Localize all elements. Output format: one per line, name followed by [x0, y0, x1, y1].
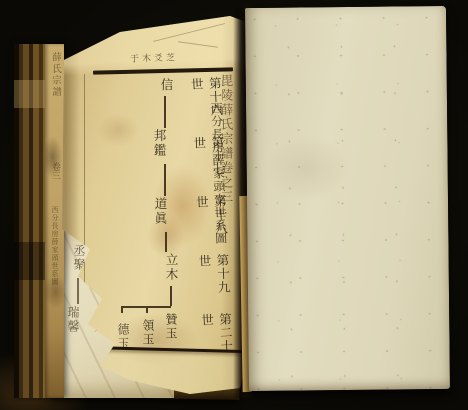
spine-label-title: 薛氏宗譜	[48, 52, 62, 148]
spine-label-subtitle: 西分長房薛家頭世系圖	[50, 206, 60, 376]
photo-genealogy-book: 丞聚 瑞馨 兆 薛氏宗譜 卷三 西分長房薛家頭世系圖 于木爻芝 毘陵薛氏宗譜卷之…	[0, 0, 468, 410]
tree-line	[164, 164, 166, 196]
generation-label-17: 第十七世	[190, 135, 228, 189]
underlay-name-lower: 瑞馨	[65, 306, 82, 334]
child-name-2: 領玉	[140, 319, 157, 347]
lineage-name-gen19: 立木	[162, 253, 180, 282]
tree-line	[164, 96, 166, 128]
lineage-name-gen17: 邦鑑	[150, 129, 168, 158]
generation-label-16: 第十六世	[187, 76, 225, 130]
tree-line	[121, 306, 123, 313]
tree-line	[170, 286, 172, 306]
lineage-name-gen18: 道眞	[151, 197, 169, 226]
tree-line	[165, 232, 167, 252]
tree-line	[146, 306, 148, 313]
spine-label: 薛氏宗譜 卷三 西分長房薛家頭世系圖	[45, 44, 64, 398]
header-rule	[93, 67, 233, 74]
margin-scratch-mark	[178, 41, 218, 48]
frame-border-line	[84, 74, 85, 304]
lineage-name-gen16: 信	[157, 78, 175, 93]
generation-label-19: 第十九世	[195, 253, 233, 307]
margin-scratch-mark	[153, 23, 225, 42]
spine-label-volume: 卷三	[49, 162, 62, 190]
book-spine: 薛氏宗譜 卷三 西分長房薛家頭世系圖	[14, 44, 64, 398]
margin-annotation: 于木爻芝	[130, 50, 178, 65]
generation-label-18: 第十八世	[192, 194, 230, 248]
child-name-1: 贊玉	[163, 313, 180, 341]
right-page-blank	[245, 6, 450, 391]
underlay-tree-line	[77, 278, 79, 304]
